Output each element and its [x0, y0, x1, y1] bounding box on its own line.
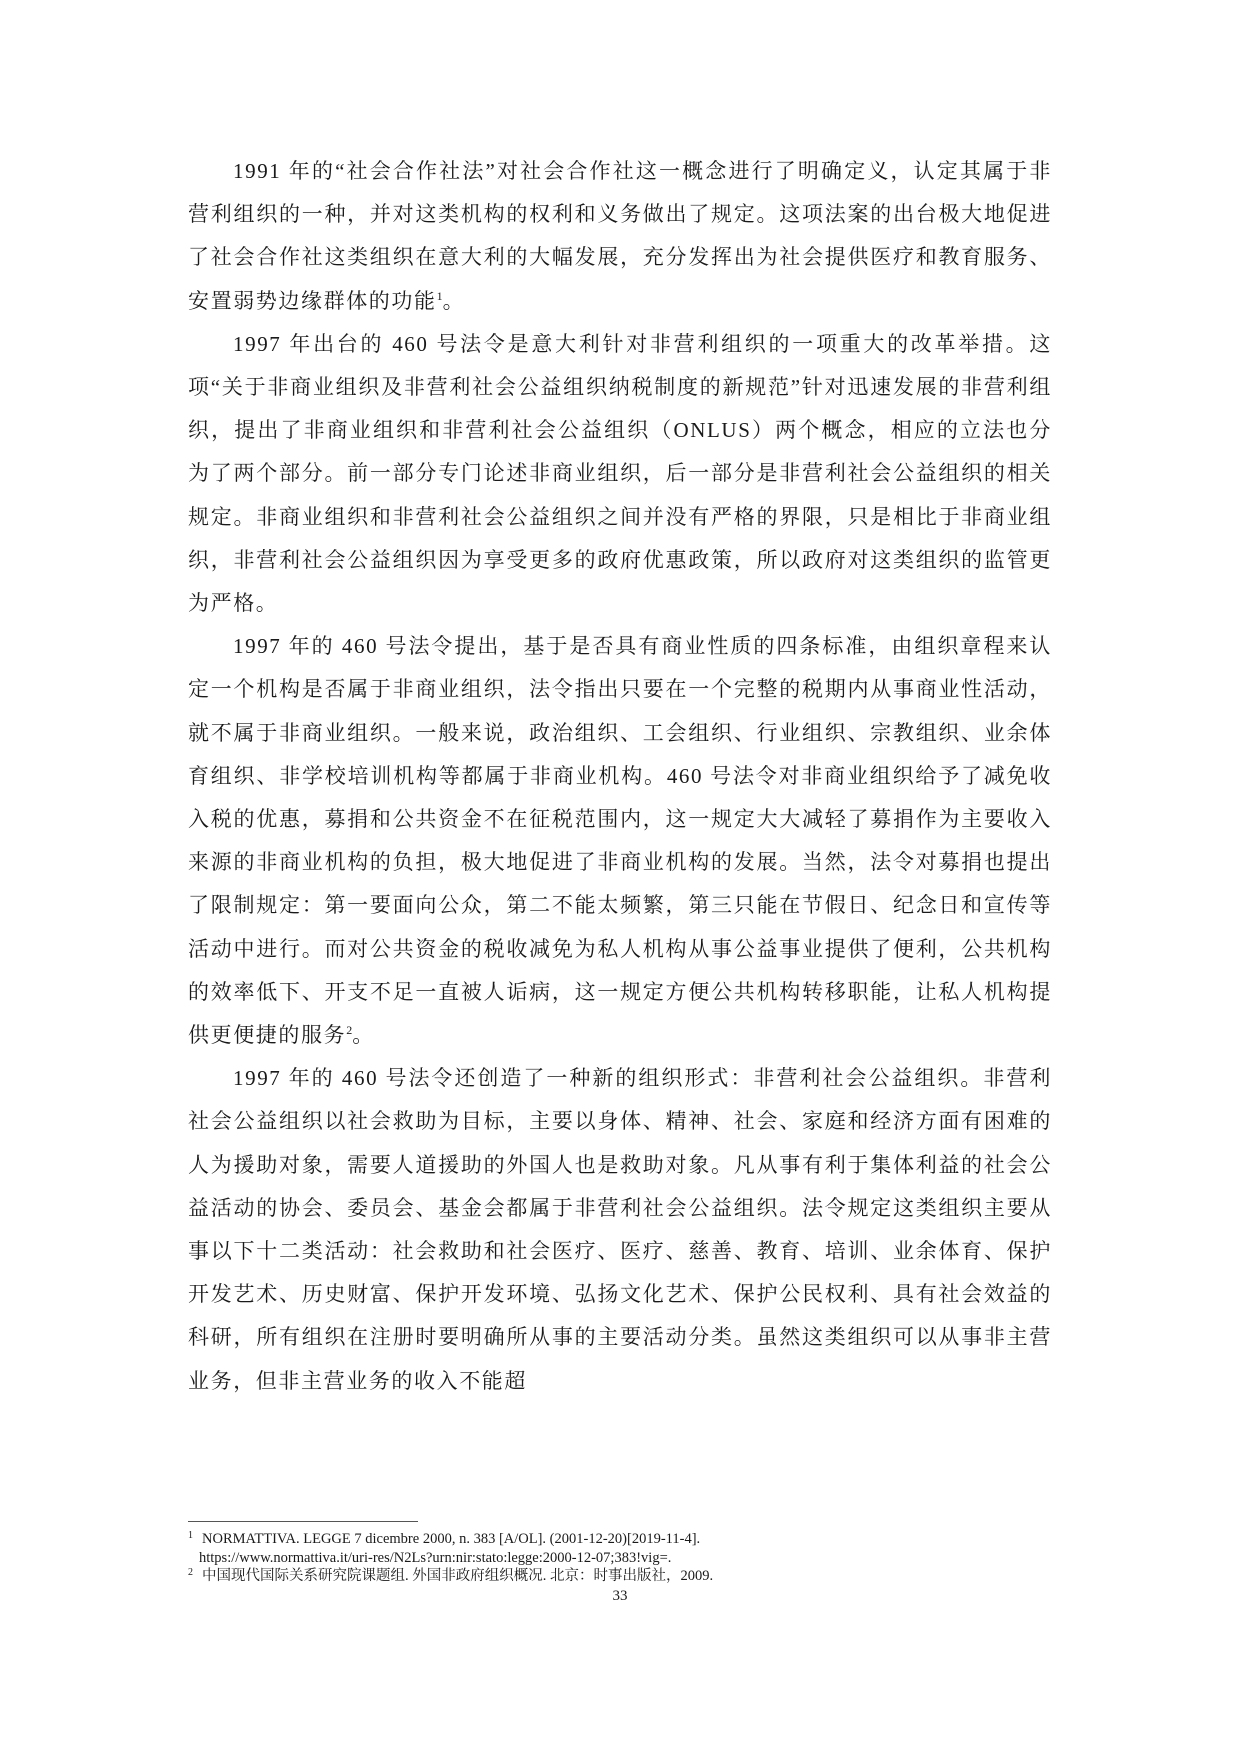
paragraph-onlus: 1997 年的 460 号法令还创造了一种新的组织形式：非营利社会公益组织。非营… [188, 1057, 1052, 1403]
footnote-text: 中国现代国际关系研究院课题组. 外国非政府组织概况. 北京：时事出版社，2009… [202, 1568, 713, 1584]
document-body: 1991 年的“社会合作社法”对社会合作社这一概念进行了明确定义，认定其属于非营… [188, 150, 1052, 1403]
paragraph-decree-460-overview: 1997 年出台的 460 号法令是意大利针对非营利组织的一项重大的改革举措。这… [188, 323, 1052, 625]
paragraph-tail: 。 [352, 1023, 375, 1047]
footnote-divider [188, 1521, 418, 1522]
paragraph-non-commercial-organizations: 1997 年的 460 号法令提出，基于是否具有商业性质的四条标准，由组织章程来… [188, 625, 1052, 1057]
footnote-1-url[interactable]: https://www.normattiva.it/uri-res/N2Ls?u… [188, 1549, 1068, 1568]
footnote-1: 1NORMATTIVA. LEGGE 7 dicembre 2000, n. 3… [188, 1530, 1068, 1549]
paragraph-text: 1997 年出台的 460 号法令是意大利针对非营利组织的一项重大的改革举措。这… [188, 332, 1052, 615]
footnote-text: NORMATTIVA. LEGGE 7 dicembre 2000, n. 38… [202, 1531, 700, 1547]
paragraph-social-cooperatives-law: 1991 年的“社会合作社法”对社会合作社这一概念进行了明确定义，认定其属于非营… [188, 150, 1052, 323]
paragraph-text: 1997 年的 460 号法令提出，基于是否具有商业性质的四条标准，由组织章程来… [188, 634, 1052, 1047]
paragraph-text: 1991 年的“社会合作社法”对社会合作社这一概念进行了明确定义，认定其属于非营… [188, 159, 1052, 313]
footnote-2: 2中国现代国际关系研究院课题组. 外国非政府组织概况. 北京：时事出版社，200… [188, 1567, 1068, 1586]
paragraph-text: 1997 年的 460 号法令还创造了一种新的组织形式：非营利社会公益组织。非营… [188, 1066, 1052, 1392]
footnotes-section: 1NORMATTIVA. LEGGE 7 dicembre 2000, n. 3… [188, 1521, 1068, 1586]
footnote-link[interactable]: https://www.normattiva.it/uri-res/N2Ls?u… [199, 1550, 671, 1566]
paragraph-tail: 。 [443, 289, 466, 313]
page-number: 33 [0, 1586, 1240, 1606]
